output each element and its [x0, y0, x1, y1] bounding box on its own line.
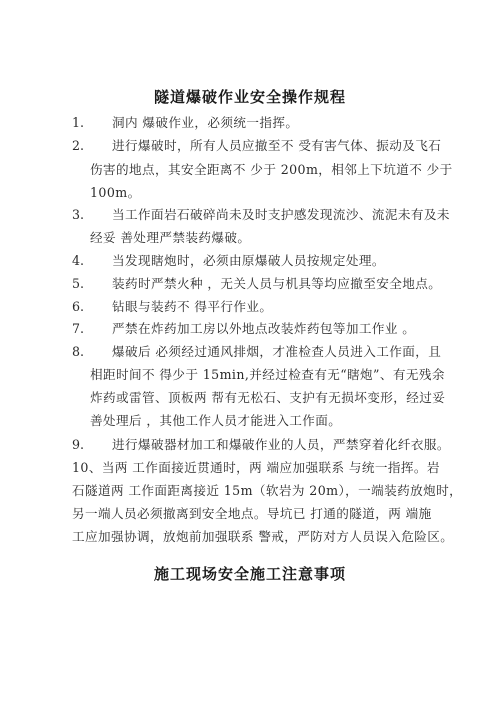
item-text: 进行爆破器材加工和爆破作业的人员，严禁穿着化纤衣服。 — [112, 437, 450, 453]
item-text: 另一端人员必须撤离到安全地点。导坑已 打通的隧道，两 端施 — [72, 506, 432, 522]
item-text: 钻眼与装药不 得平行作业。 — [112, 299, 272, 315]
document-title: 隧道爆破作业安全操作规程 — [0, 86, 500, 107]
item-number: 4. — [72, 253, 84, 269]
item-text: 洞内 爆破作业，必须统一指挥。 — [112, 115, 298, 131]
item-text: 相距时间不 得少于 15min,并经过检查有无“瞎炮”、有无残余 — [90, 367, 445, 383]
item-text: 100m。 — [90, 185, 141, 201]
item-text: 当工作面岩石破碎尚未及时支护感发现流沙、流泥未有及未 — [112, 207, 450, 223]
section-title: 施工现场安全施工注意事项 — [0, 563, 500, 584]
item-text: 石隧道两 工作面距离接近 15m（软岩为 20m），一端装药放炮时， — [72, 483, 462, 499]
item-text: 进行爆破时，所有人员应撤至不 受有害气体、振动及飞石 — [112, 138, 441, 154]
item-text: 10、当两 工作面接近贯通时，两 端应加强联系 与统一指挥。岩 — [72, 460, 440, 476]
item-text: 装药时严禁火种 ，无关人员与机具等均应撤至安全地点。 — [112, 276, 441, 292]
item-number: 8. — [72, 344, 84, 360]
item-number: 1. — [72, 115, 84, 131]
item-text: 炸药或雷管、顶板两 帮有无松石、支护有无损坏变形，经过妥 — [90, 390, 445, 406]
item-number: 5. — [72, 276, 84, 292]
item-number: 7. — [72, 321, 84, 337]
item-text: 爆破后 必须经过通风排烟，才准检查人员进入工作面，且 — [112, 344, 441, 360]
item-text: 当发现瞎炮时，必须由原爆破人员按规定处理。 — [112, 253, 385, 269]
item-text: 严禁在炸药加工房以外地点改装炸药包等加工作业 。 — [112, 321, 415, 337]
item-number: 9. — [72, 437, 84, 453]
item-text: 善处理后 ，其他工作人员才能进入工作面。 — [90, 413, 341, 429]
item-number: 3. — [72, 207, 84, 223]
item-text: 伤害的地点，其安全距离不 少于 200m，相邻上下坑道不 少于 — [90, 162, 453, 178]
item-number: 6. — [72, 299, 84, 315]
item-text: 工应加强协调，放炮前加强联系 警戒，严防对方人员误入危险区。 — [72, 529, 453, 545]
item-number: 2. — [72, 138, 84, 154]
item-text: 经妥 善处理严禁装药爆破。 — [90, 230, 250, 246]
